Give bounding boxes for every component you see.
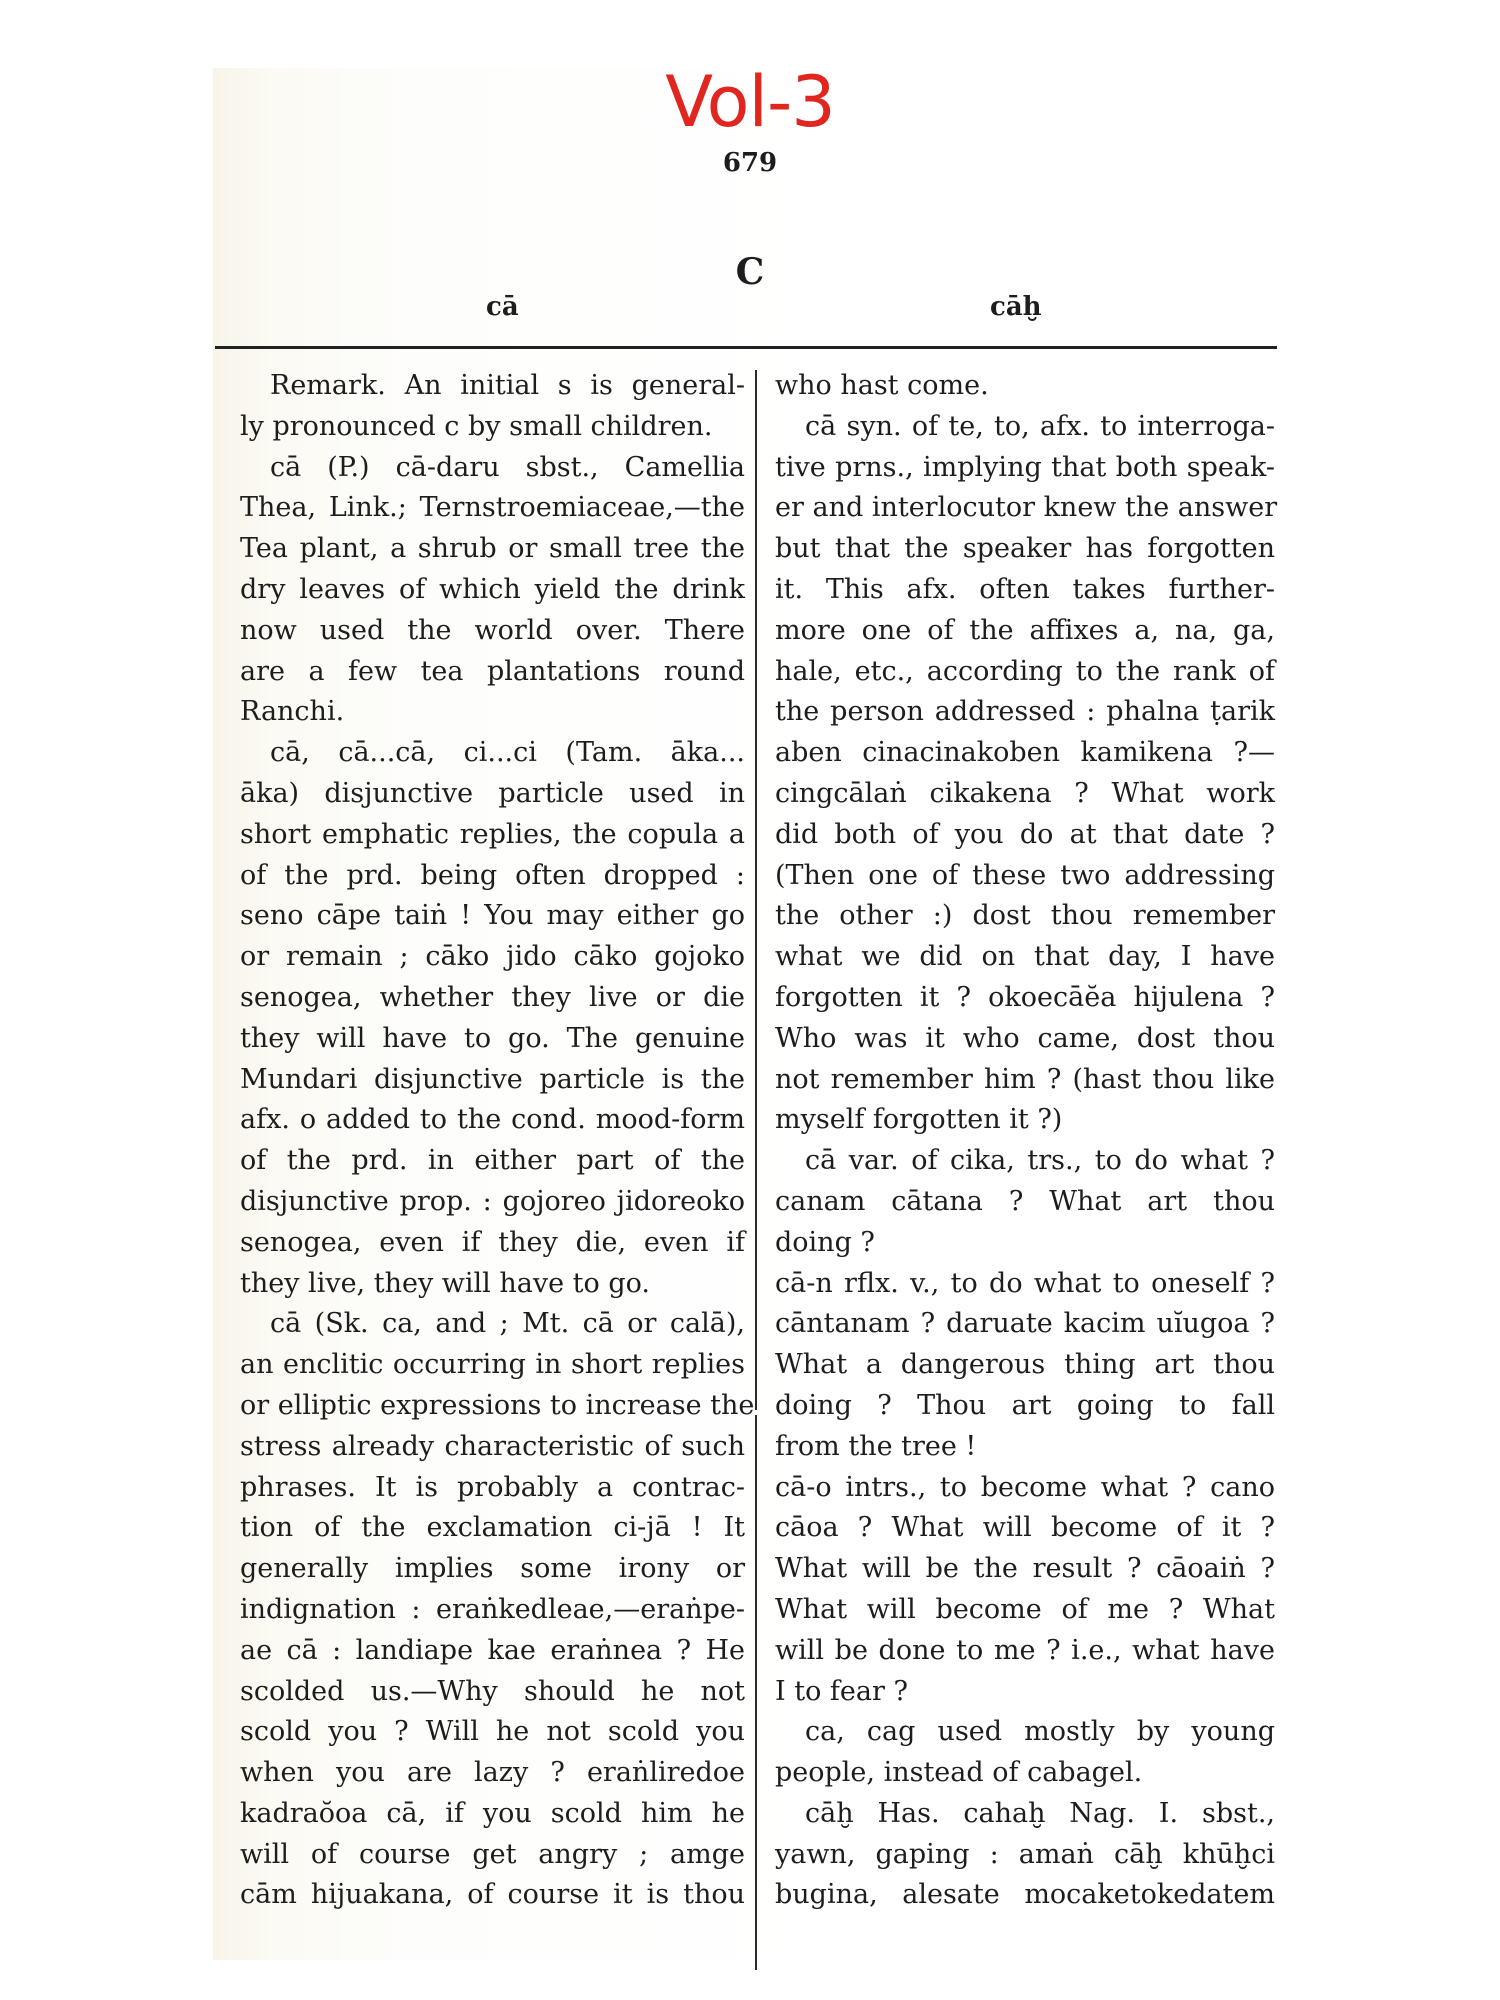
- text-line: What a dangerous thing art thou: [775, 1345, 1275, 1386]
- text-line: cā-o intrs., to become what ? cano: [775, 1468, 1275, 1509]
- left-column: Remark. An initial s is general-ly prono…: [240, 366, 745, 1916]
- text-line: āka) disjunctive particle used in: [240, 774, 745, 815]
- text-line: Mundari disjunctive particle is the: [240, 1060, 745, 1101]
- text-line: ae cā : landiape kae eraṅnea ? He: [240, 1631, 745, 1672]
- text-line: cāḫ Has. cahaḫ Nag. I. sbst.,: [775, 1794, 1275, 1835]
- text-line: short emphatic replies, the copula a: [240, 815, 745, 856]
- text-line: Tea plant, a shrub or small tree the: [240, 529, 745, 570]
- text-line: bugina, alesate mocaketokedatem: [775, 1875, 1275, 1916]
- text-line: disjunctive prop. : gojoreo jidoreoko: [240, 1182, 745, 1223]
- text-line: yawn, gaping : amaṅ cāḫ khūḫci: [775, 1835, 1275, 1876]
- text-line: indignation : eraṅkedleae,—eraṅpe-: [240, 1590, 745, 1631]
- text-line: doing ? Thou art going to fall: [775, 1386, 1275, 1427]
- text-line: not remember him ? (hast thou like: [775, 1060, 1275, 1101]
- text-line: What will be the result ? cāoaiṅ ?: [775, 1549, 1275, 1590]
- text-line: kadraŏoa cā, if you scold him he: [240, 1794, 745, 1835]
- text-line: ly pronounced c by small children.: [240, 407, 745, 448]
- text-line: what we did on that day, I have: [775, 937, 1275, 978]
- text-line: phrases. It is probably a contrac-: [240, 1468, 745, 1509]
- text-line: more one of the affixes a, na, ga,: [775, 611, 1275, 652]
- header-rule: [215, 346, 1277, 349]
- text-line: (Then one of these two addressing: [775, 856, 1275, 897]
- guide-word-right: cāḫ: [990, 292, 1042, 322]
- guide-word-left: cā: [486, 292, 519, 322]
- text-line: it. This afx. often takes further-: [775, 570, 1275, 611]
- text-line: tive prns., implying that both speak-: [775, 448, 1275, 489]
- text-line: cā syn. of te, to, afx. to interroga-: [775, 407, 1275, 448]
- text-line: from the tree !: [775, 1427, 1275, 1468]
- volume-label: Vol-3: [0, 62, 1500, 142]
- text-line: I to fear ?: [775, 1672, 1275, 1713]
- text-line: er and interlocutor knew the answer: [775, 488, 1275, 529]
- text-line: senogea, even if they die, even if: [240, 1223, 745, 1264]
- text-line: now used the world over. There: [240, 611, 745, 652]
- section-letter: C: [0, 252, 1500, 292]
- text-line: Thea, Link.; Ternstroemiaceae,—the: [240, 488, 745, 529]
- text-line: senogea, whether they live or die: [240, 978, 745, 1019]
- text-line: dry leaves of which yield the drink: [240, 570, 745, 611]
- text-line: hale, etc., according to the rank of: [775, 652, 1275, 693]
- text-line: tion of the exclamation ci-jā ! It: [240, 1508, 745, 1549]
- text-line: cingcālaṅ cikakena ? What work: [775, 774, 1275, 815]
- text-line: an enclitic occurring in short replies: [240, 1345, 745, 1386]
- text-line: they live, they will have to go.: [240, 1264, 745, 1305]
- text-line: cā var. of cika, trs., to do what ?: [775, 1141, 1275, 1182]
- column-divider-upper: [755, 370, 757, 1410]
- text-line: or elliptic expressions to increase the: [240, 1386, 745, 1427]
- text-line: What will become of me ? What: [775, 1590, 1275, 1631]
- text-line: did both of you do at that date ?: [775, 815, 1275, 856]
- column-divider-lower: [755, 1415, 757, 1970]
- text-line: of the prd. in either part of the: [240, 1141, 745, 1182]
- text-line: cā, cā...cā, ci...ci (Tam. āka...: [240, 733, 745, 774]
- text-line: afx. o added to the cond. mood-form: [240, 1100, 745, 1141]
- text-line: the other :) dost thou remember: [775, 896, 1275, 937]
- text-line: myself forgotten it ?): [775, 1100, 1275, 1141]
- text-line: cām hijuakana, of course it is thou: [240, 1875, 745, 1916]
- text-line: seno cāpe taiṅ ! You may either go: [240, 896, 745, 937]
- text-line: cāoa ? What will become of it ?: [775, 1508, 1275, 1549]
- text-line: people, instead of cabagel.: [775, 1753, 1275, 1794]
- text-line: Remark. An initial s is general-: [240, 366, 745, 407]
- text-line: cā (Sk. ca, and ; Mt. cā or calā),: [240, 1304, 745, 1345]
- text-line: who hast come.: [775, 366, 1275, 407]
- right-column: who hast come.cā syn. of te, to, afx. to…: [775, 366, 1275, 1916]
- text-line: cā-n rflx. v., to do what to oneself ?: [775, 1264, 1275, 1305]
- text-line: canam cātana ? What art thou: [775, 1182, 1275, 1223]
- text-line: they will have to go. The genuine: [240, 1019, 745, 1060]
- text-line: scold you ? Will he not scold you: [240, 1712, 745, 1753]
- text-line: aben cinacinakoben kamikena ?—: [775, 733, 1275, 774]
- text-line: but that the speaker has forgotten: [775, 529, 1275, 570]
- text-line: cāntanam ? daruate kacim uĭugoa ?: [775, 1304, 1275, 1345]
- text-line: will be done to me ? i.e., what have: [775, 1631, 1275, 1672]
- text-line: cā (P.) cā-daru sbst., Camellia: [240, 448, 745, 489]
- page-number: 679: [0, 148, 1500, 178]
- text-line: ca, cag used mostly by young: [775, 1712, 1275, 1753]
- text-line: of the prd. being often dropped :: [240, 856, 745, 897]
- text-line: doing ?: [775, 1223, 1275, 1264]
- text-line: scolded us.—Why should he not: [240, 1672, 745, 1713]
- text-line: stress already characteristic of such: [240, 1427, 745, 1468]
- text-line: or remain ; cāko jido cāko gojoko: [240, 937, 745, 978]
- text-line: Ranchi.: [240, 692, 745, 733]
- text-line: when you are lazy ? eraṅliredoe: [240, 1753, 745, 1794]
- text-line: are a few tea plantations round: [240, 652, 745, 693]
- text-line: will of course get angry ; amge: [240, 1835, 745, 1876]
- text-line: the person addressed : phalna ṭarik: [775, 692, 1275, 733]
- text-line: generally implies some irony or: [240, 1549, 745, 1590]
- text-line: forgotten it ? okoecāĕa hijulena ?: [775, 978, 1275, 1019]
- text-line: Who was it who came, dost thou: [775, 1019, 1275, 1060]
